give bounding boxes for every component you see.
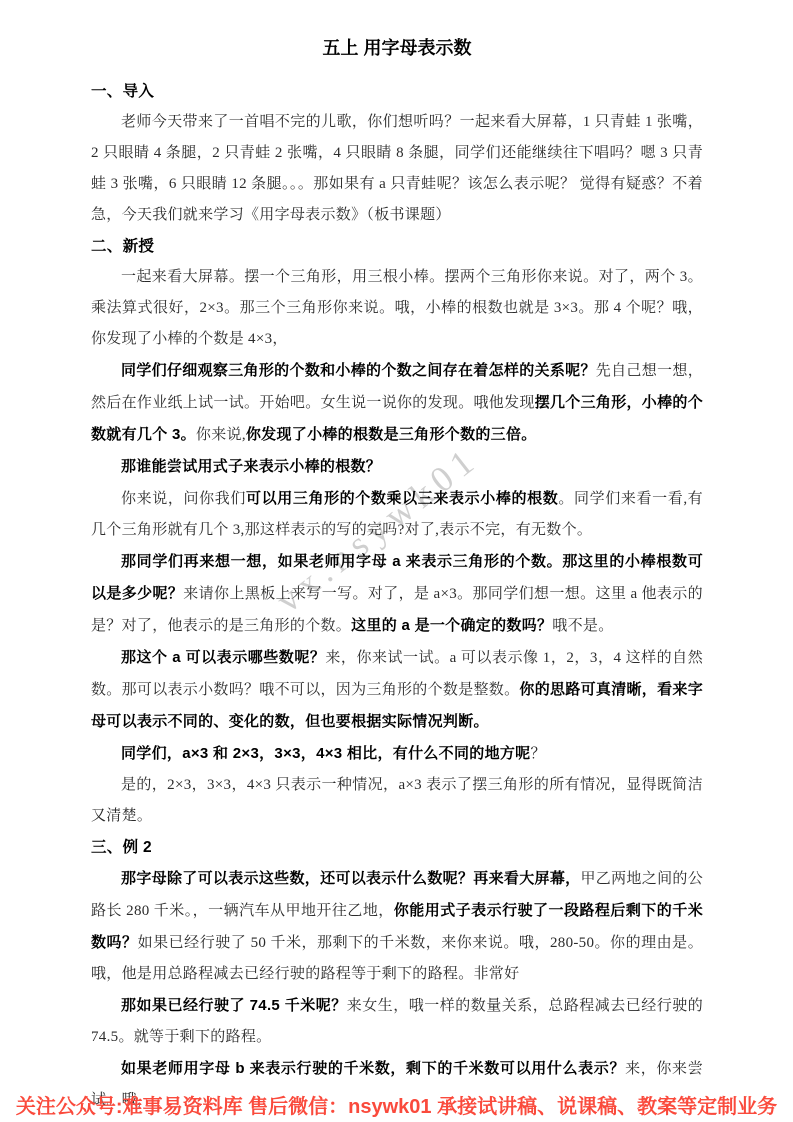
bold-run: 那字母除了可以表示这些数，还可以表示什么数呢？再来看大屏幕， [121,870,580,887]
bold-run: 那如果已经行驶了 74.5 千米呢？ [121,997,347,1014]
bold-run: 你发现了小棒的根数是三角形个数的三倍。 [246,426,537,443]
text-run: 你来说，问你我们 [121,491,246,507]
footer-banner: 关注公众号:难事易资料库 售后微信：nsywk01 承接试讲稿、说课稿、教案等定… [0,1095,793,1119]
text-run: 是的，2×3，3×3，4×3 只表示一种情况，a×3 表示了摆三角形的所有情况，… [91,777,703,824]
text-run: 如果已经行驶了 50 千米，那剩下的千米数，来你来说。哦，280-50。你的理由… [91,935,703,982]
paragraph: 你来说，问你我们可以用三角形的个数乘以三来表示小棒的根数。同学们来看一看,有几个… [91,483,703,546]
section-heading: 二、新授 [91,231,703,262]
paragraph: 一起来看大屏幕。摆一个三角形，用三根小棒。摆两个三角形你来说。对了，两个 3。乘… [91,262,703,355]
paragraph: 那字母除了可以表示这些数，还可以表示什么数呢？再来看大屏幕，甲乙两地之间的公路长… [91,863,703,990]
text-run: 哦不是。 [552,618,613,634]
paragraph: 那同学们再来想一想，如果老师用字母 a 来表示三角形的个数。那这里的小棒根数可以… [91,546,703,642]
lesson-script: 一、导入老师今天带来了一首唱不完的儿歌，你们想听吗？一起来看大屏幕，1 只青蛙 … [91,76,703,1116]
text-run: ？ [530,746,545,762]
paragraph: 同学们，a×3 和 2×3，3×3，4×3 相比，有什么不同的地方呢？ [91,738,703,770]
bold-run: 可以用三角形的个数乘以三来表示小棒的根数 [246,490,558,507]
section-heading: 三、例 2 [91,832,703,863]
paragraph: 那谁能尝试用式子来表示小棒的根数？ [91,451,703,483]
bold-run: 同学们仔细观察三角形的个数和小棒的个数之间存在着怎样的关系呢？ [121,362,596,379]
text-run: 老师今天带来了一首唱不完的儿歌，你们想听吗？一起来看大屏幕，1 只青蛙 1 张嘴… [91,114,703,223]
bold-run: 这里的 a 是一个确定的数吗？ [351,617,552,634]
paragraph: 老师今天带来了一首唱不完的儿歌，你们想听吗？一起来看大屏幕，1 只青蛙 1 张嘴… [91,107,703,231]
text-run: 一起来看大屏幕。摆一个三角形，用三根小棒。摆两个三角形你来说。对了，两个 3。乘… [91,269,703,347]
paragraph: 那这个 a 可以表示哪些数呢？来，你来试一试。a 可以表示像 1，2，3，4 这… [91,642,703,738]
paragraph: 那如果已经行驶了 74.5 千米呢？来女生，哦一样的数量关系，总路程减去已经行驶… [91,990,703,1053]
bold-run: 那这个 a 可以表示哪些数呢？ [121,649,325,666]
document-body: 五上 用字母表示数 一、导入老师今天带来了一首唱不完的儿歌，你们想听吗？一起来看… [91,34,703,1116]
page-title: 五上 用字母表示数 [91,34,703,62]
bold-run: 那谁能尝试用式子来表示小棒的根数？ [121,458,381,475]
bold-run: 如果老师用字母 b 来表示行驶的千米数，剩下的千米数可以用什么表示？ [121,1060,625,1077]
document-page: vx.nsywk01 五上 用字母表示数 一、导入老师今天带来了一首唱不完的儿歌… [0,0,793,1122]
paragraph: 是的，2×3，3×3，4×3 只表示一种情况，a×3 表示了摆三角形的所有情况，… [91,770,703,832]
section-heading: 一、导入 [91,76,703,107]
paragraph: 同学们仔细观察三角形的个数和小棒的个数之间存在着怎样的关系呢？先自己想一想，然后… [91,355,703,451]
bold-run: 同学们，a×3 和 2×3，3×3，4×3 相比，有什么不同的地方呢 [121,745,530,762]
text-run: 你来说, [196,427,246,443]
